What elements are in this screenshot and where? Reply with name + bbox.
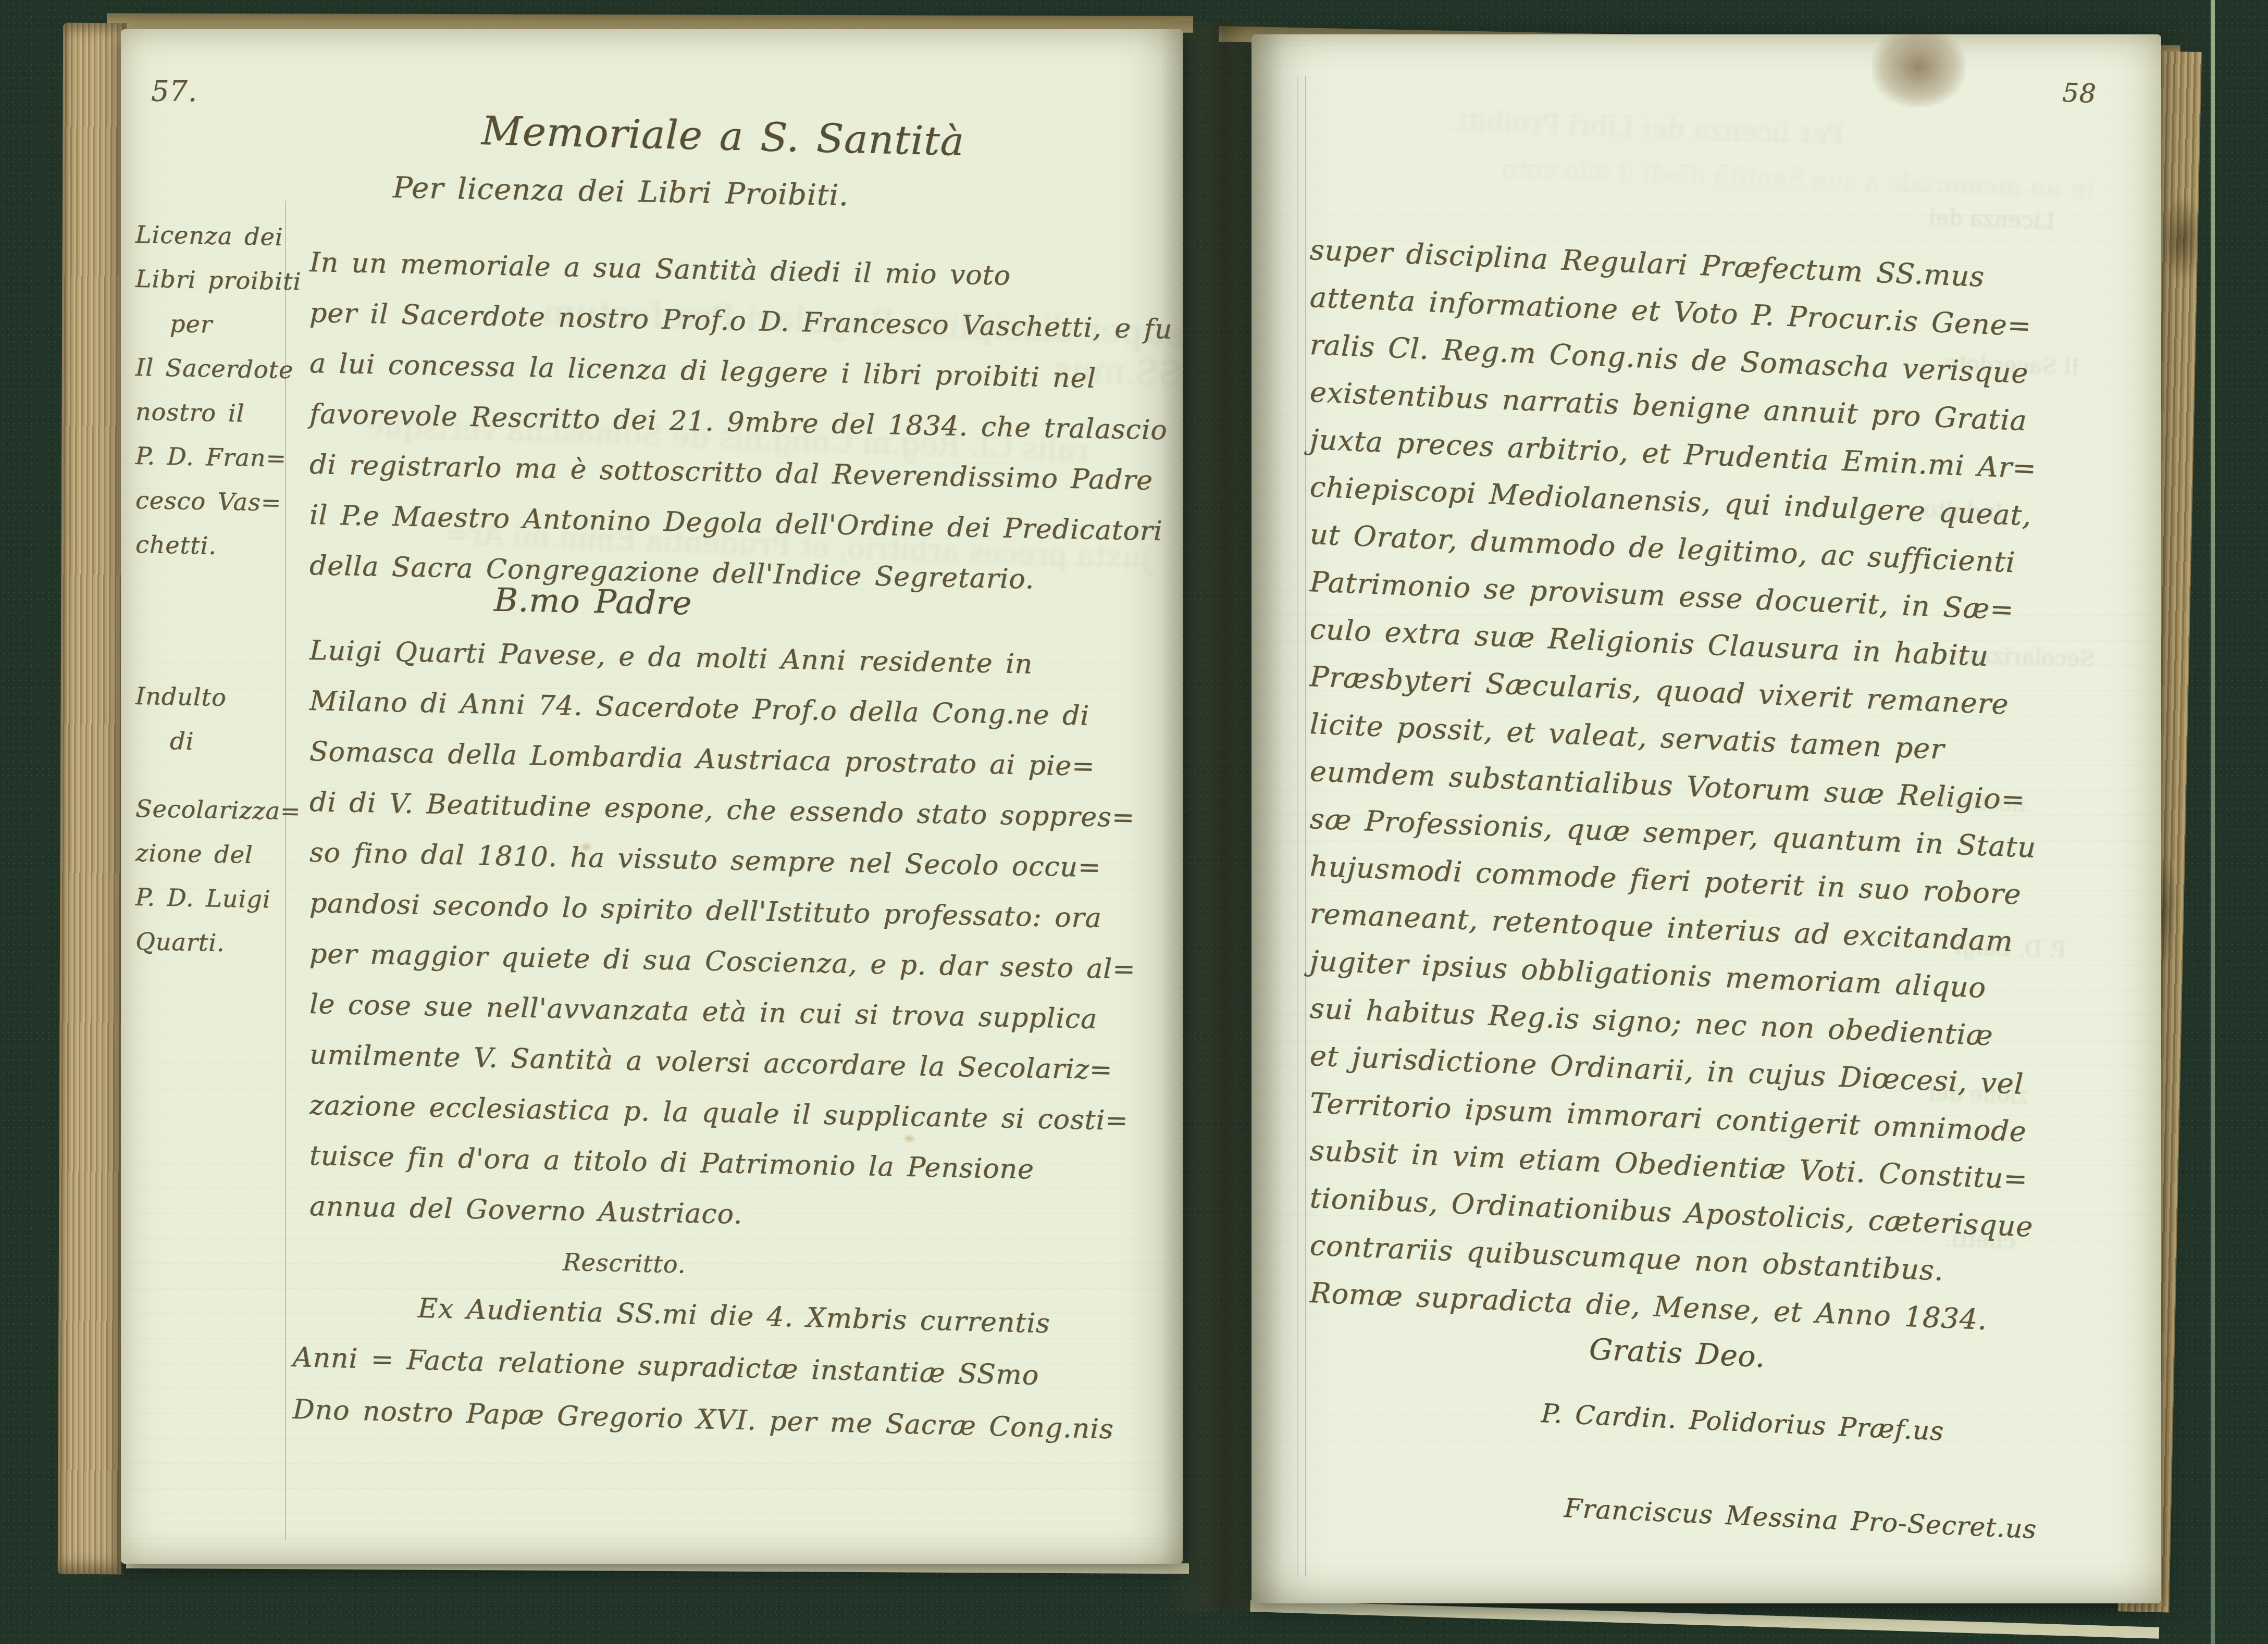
margin-note-line: P. D. Fran= — [135, 434, 302, 481]
underlying-page-edge-right — [1250, 1600, 2159, 1639]
signature-cardinal-prefect: P. Cardin. Polidorius Præf.us — [1541, 1398, 1945, 1447]
margin-note-line: Indulto — [135, 674, 301, 721]
margin-note-line: Secolarizza= — [135, 787, 301, 834]
margin-note-line: Licenza dei — [135, 213, 302, 260]
page-subtitle: Per licenza dei Libri Proibiti. — [392, 171, 849, 213]
rescritto-heading: Rescritto. — [562, 1248, 686, 1279]
book-cover-edge-line — [2211, 0, 2215, 1644]
margin-note-line: per — [135, 301, 302, 348]
page-number: 58 — [2062, 78, 2097, 109]
page-stack-fore-edge-left — [58, 23, 127, 1574]
bleed-through-text: Per licenza dei Libri Proibiti. — [1449, 106, 1844, 151]
margin-note-line: nostro il — [135, 390, 302, 437]
signature-pro-secretary: Franciscus Messina Pro-Secret.us — [1564, 1493, 2037, 1545]
margin-note-line: cesco Vas= — [135, 478, 302, 526]
paragraph-supplica: Luigi Quarti Pavese, e da molti Anni res… — [309, 626, 1136, 1232]
margin-rule-right-page-inner — [1297, 76, 1298, 1576]
photographed-manuscript-scene: { "colors":{"background":"#223428","pape… — [0, 0, 2268, 1644]
margin-note-line: di — [135, 718, 301, 766]
salutation-beatissimo-padre: B.mo Padre — [493, 581, 692, 622]
margin-note-licenza: Licenza dei Libri proibiti per Il Sacerd… — [135, 213, 301, 567]
margin-note-line: zione del — [135, 831, 301, 878]
ink-stain — [1872, 34, 1965, 107]
margin-note-line: Quarti. — [135, 919, 301, 967]
margin-note-indulto: Indulto di Secolarizza= zione del P. D. … — [135, 674, 301, 964]
margin-note-line: P. D. Luigi — [135, 875, 301, 923]
margin-note-line: chetti. — [135, 522, 302, 570]
paragraph-rescritto: Ex Audientia SS.mi die 4. Xmbris current… — [293, 1279, 1114, 1436]
bleed-through-text: In un memoriale a sua Santità diedi il m… — [1501, 154, 2096, 204]
margin-rule-right-page — [1305, 76, 1306, 1576]
margin-note-line: Libri proibiti — [135, 257, 302, 304]
closing-gratis-deo: Gratis Deo. — [1589, 1332, 1766, 1374]
paragraph-memoriale: In un memoriale a sua Santità diedi il m… — [309, 238, 1173, 591]
page-number: 57. — [151, 75, 197, 108]
paragraph-latin-rescript: super disciplina Regulari Præfectum SS.m… — [1310, 226, 2037, 1316]
manuscript-page-left: 57. Memoriale a S. Santità Per licenza d… — [121, 29, 1183, 1564]
page-title: Memoriale a S. Santità — [481, 107, 965, 165]
manuscript-page-right: 58 super disciplina Regulari Præfectum S… — [1251, 34, 2161, 1603]
margin-note-line: Il Sacerdote — [135, 345, 302, 393]
